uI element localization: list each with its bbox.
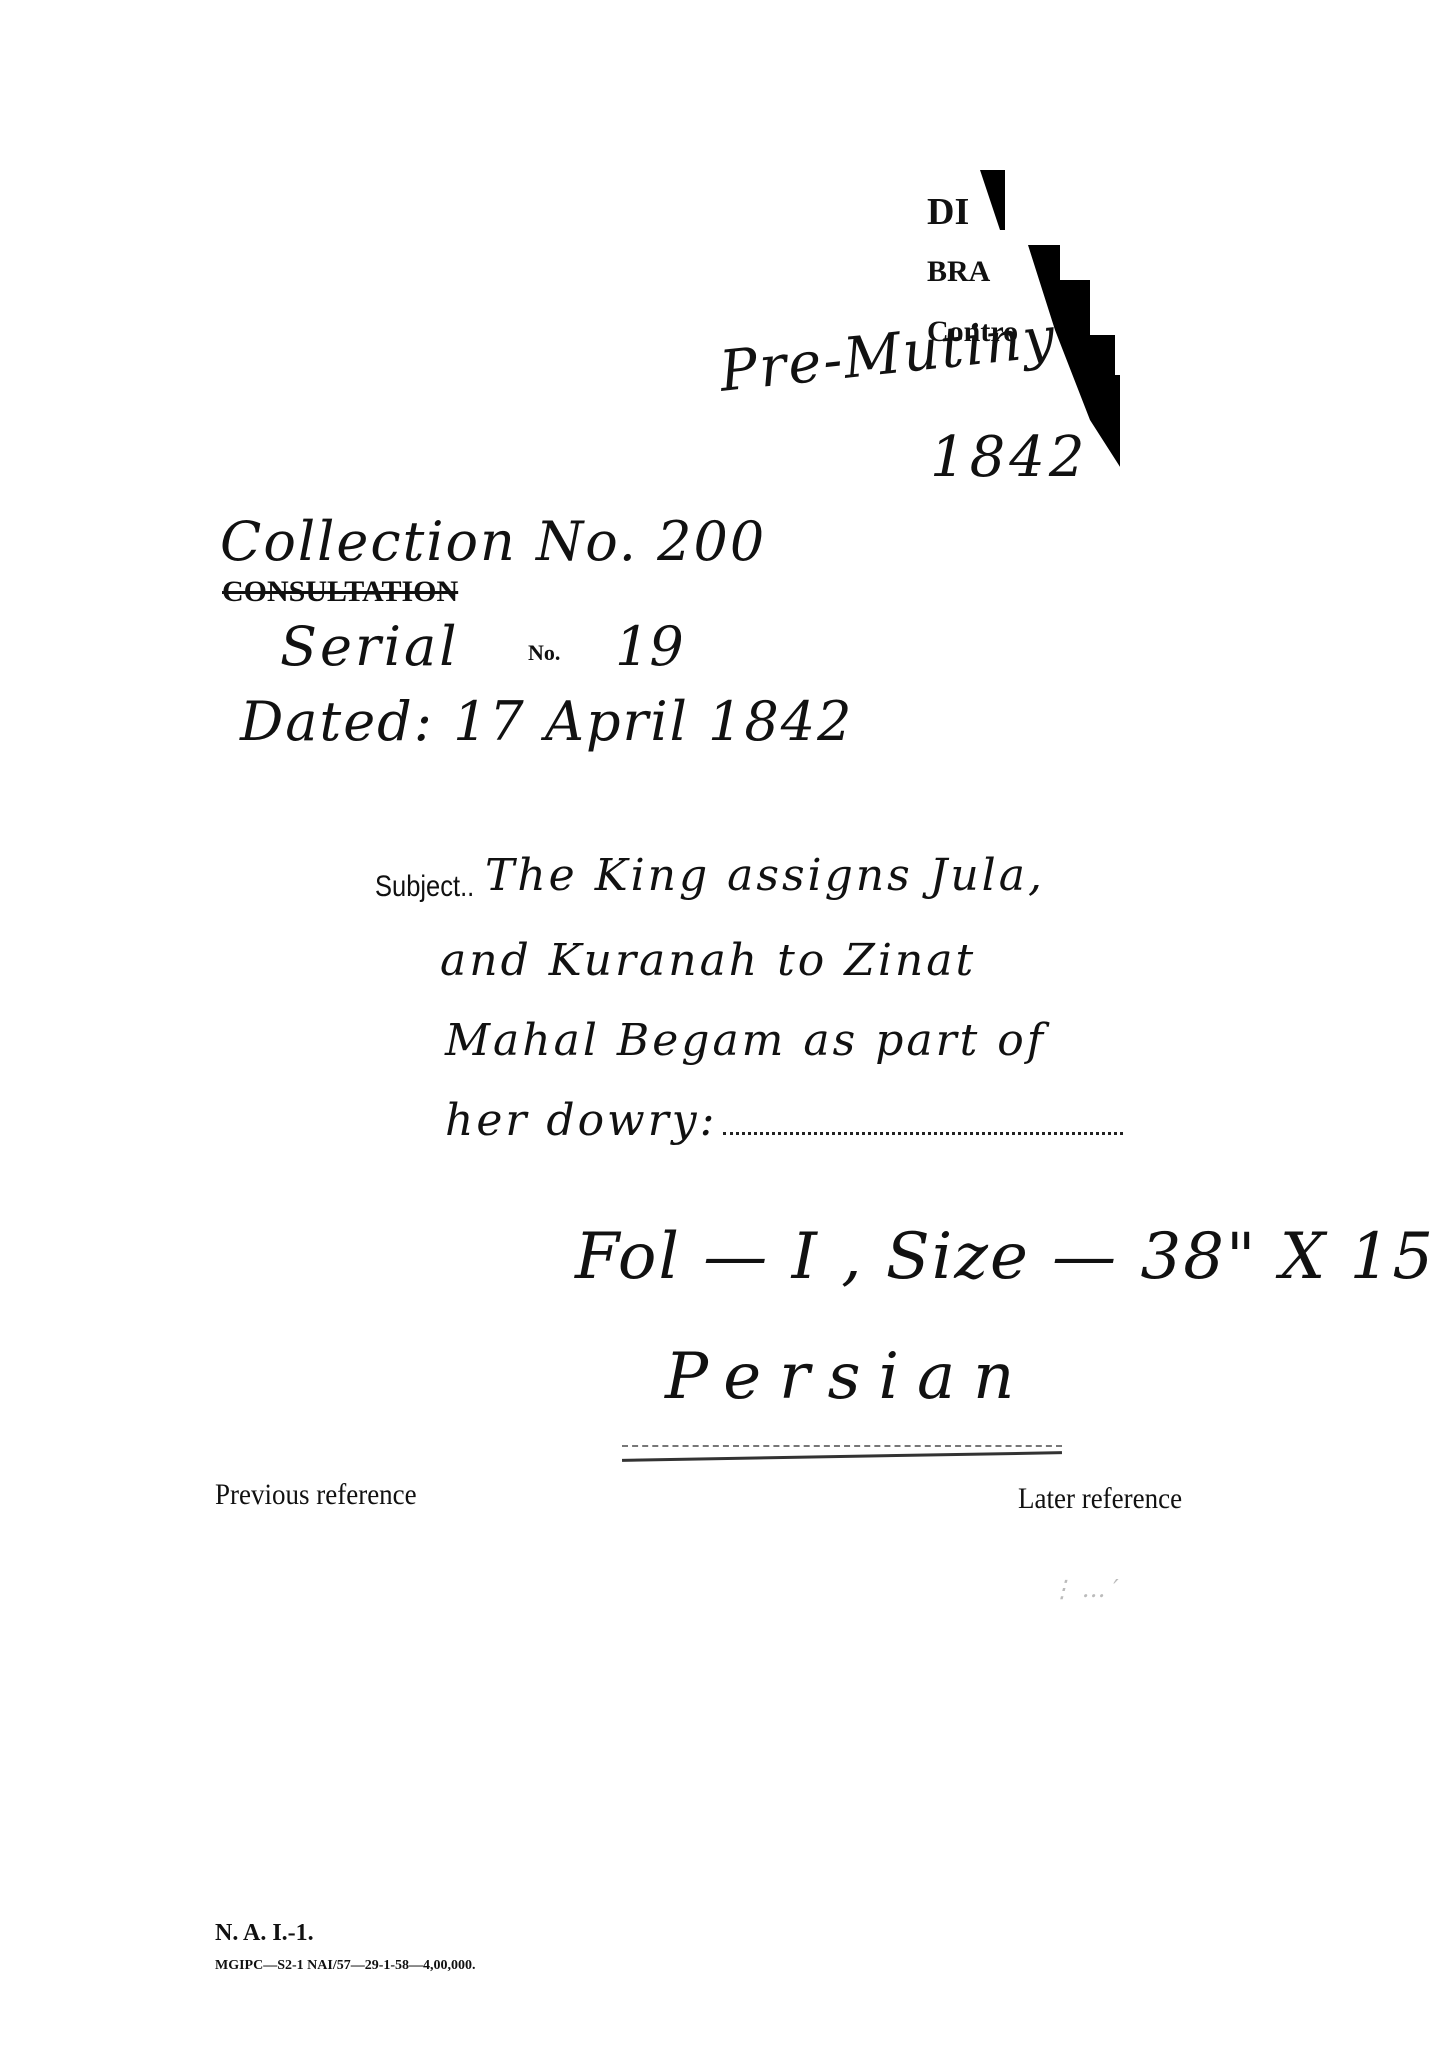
later-reference-label: Later reference [1018,1482,1182,1516]
language-underline-faint [622,1445,1062,1447]
subject-line-4: her dowry: [445,1095,1123,1146]
folio-size: Fol — I , Size — 38" X 15 [575,1220,1435,1294]
subject-line-3: Mahal Begam as part of [445,1015,1046,1066]
subject-label: Subject.. [375,870,474,904]
consultation-label: CONSULTATION [222,575,458,609]
serial-label: Serial [280,615,460,678]
stamp-line-1: DI [927,190,969,234]
form-number: N. A. I.-1. [215,1920,314,1947]
serial-value: 19 [615,615,684,678]
printer-line: MGIPC—S2-1 NAI/57—29-1-58—4,00,000. [215,1958,476,1974]
later-reference-faint-mark: ⋮ … ′ [1050,1575,1119,1603]
collection-number: Collection No. 200 [220,510,766,573]
era-year: 1842 [930,425,1089,490]
language: Persian [665,1340,1032,1414]
dated-line: Dated: 17 April 1842 [240,690,853,753]
serial-no-label: No. [528,640,560,666]
previous-reference-label: Previous reference [215,1478,417,1512]
language-underline [622,1451,1062,1462]
dotted-fill-line [723,1132,1123,1135]
stamp-line-2: BRA [927,255,990,289]
subject-line-1: The King assigns Jula, [485,850,1045,901]
subject-line-2: and Kuranah to Zinat [440,935,976,986]
